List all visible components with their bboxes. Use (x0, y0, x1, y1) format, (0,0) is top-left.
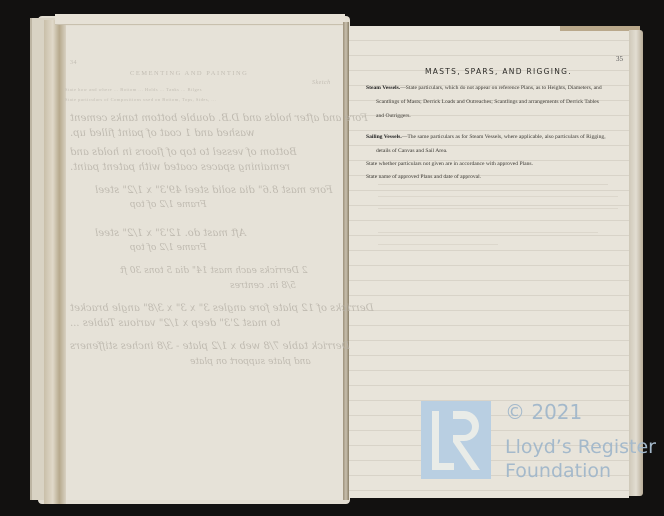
bleed-through-line (378, 244, 498, 245)
page-edges-top (55, 14, 345, 25)
ghost-handwriting: Aft mast do. 12'3" x 1/2" steel (95, 228, 246, 239)
ghost-handwriting: Fore mast 8.6" dia solid steel 49'3" x 1… (95, 185, 332, 196)
ghost-print-line: State particulars of Compositions used o… (65, 97, 216, 102)
ghost-print-line: State how and where ... Bottom ... Holds… (65, 87, 202, 92)
watermark-line1: Lloyd’s Register (505, 436, 656, 458)
ghost-page-number: 34 (70, 60, 77, 66)
ghost-handwriting: and plate support on plate (190, 357, 311, 367)
section-text: —The same particulars as for Steam Vesse… (402, 134, 606, 140)
page-number: 35 (616, 55, 623, 63)
watermark-line2: Foundation (505, 460, 611, 482)
ghost-handwriting: 5/8 in. centres (230, 281, 296, 291)
ghost-handwriting: 2 Derricks each mast 14" dia 5 tons 30 f… (120, 266, 307, 276)
bleed-through-line (390, 220, 540, 221)
page-edges-right (629, 30, 643, 496)
page-title: MASTS, SPARS, AND RIGGING. (425, 67, 572, 76)
section-text: —State particulars, which do not appear … (400, 85, 601, 91)
ghost-handwriting: Frame 1/2 of top (130, 243, 206, 253)
bleed-through-line (378, 184, 608, 185)
ghost-handwriting: Fore and after holds and D.B. double bot… (70, 113, 368, 124)
ghost-handwriting: washed and 1 coat of paint filled up. (70, 128, 255, 139)
ghost-handwriting: Bottom of vessel to top of floors in hol… (70, 147, 297, 158)
section-label: Steam Vessels. (366, 85, 400, 91)
watermark-copyright: © 2021 (505, 400, 582, 424)
bleed-through-line (378, 232, 598, 233)
ghost-handwriting: Frame 1/2 of top (130, 200, 206, 210)
bleed-through-line (378, 196, 618, 197)
note-line: State whether particulars not given are … (366, 161, 533, 167)
ghost-stamp: Sketch (312, 80, 331, 86)
ghost-handwriting: remaining spaces coated with patent pain… (70, 162, 290, 173)
ghost-handwriting: Derrick table 7/8 web x 1/2 plate - 3/8 … (70, 341, 350, 352)
section-label: Sailing Vessels. (366, 134, 402, 140)
lr-logo-l-stem (432, 411, 439, 470)
section-text: details of Canvas and Sail Area. (376, 148, 447, 154)
ghost-header: CEMENTING AND PAINTING (130, 70, 248, 77)
bleed-through-line (378, 208, 618, 209)
ghost-handwriting: to mast 2'3" deep x 1/2" various Tables … (70, 318, 280, 329)
section-sailing-vessels: Sailing Vessels.—The same particulars as… (366, 134, 606, 140)
section-text: Scantlings of Masts; Derrick Loads and O… (376, 99, 599, 105)
ghost-handwriting: Derricks of 12 plate fore angles 3" x 3"… (70, 303, 374, 314)
section-steam-vessels: Steam Vessels.—State particulars, which … (366, 85, 602, 91)
page-edge-top-right (560, 26, 640, 31)
lr-logo-r-icon (450, 411, 486, 471)
section-text: and Outriggers. (376, 113, 411, 119)
page-edges-foxed (44, 20, 66, 504)
note-line: State name of approved Plans and date of… (366, 174, 481, 180)
